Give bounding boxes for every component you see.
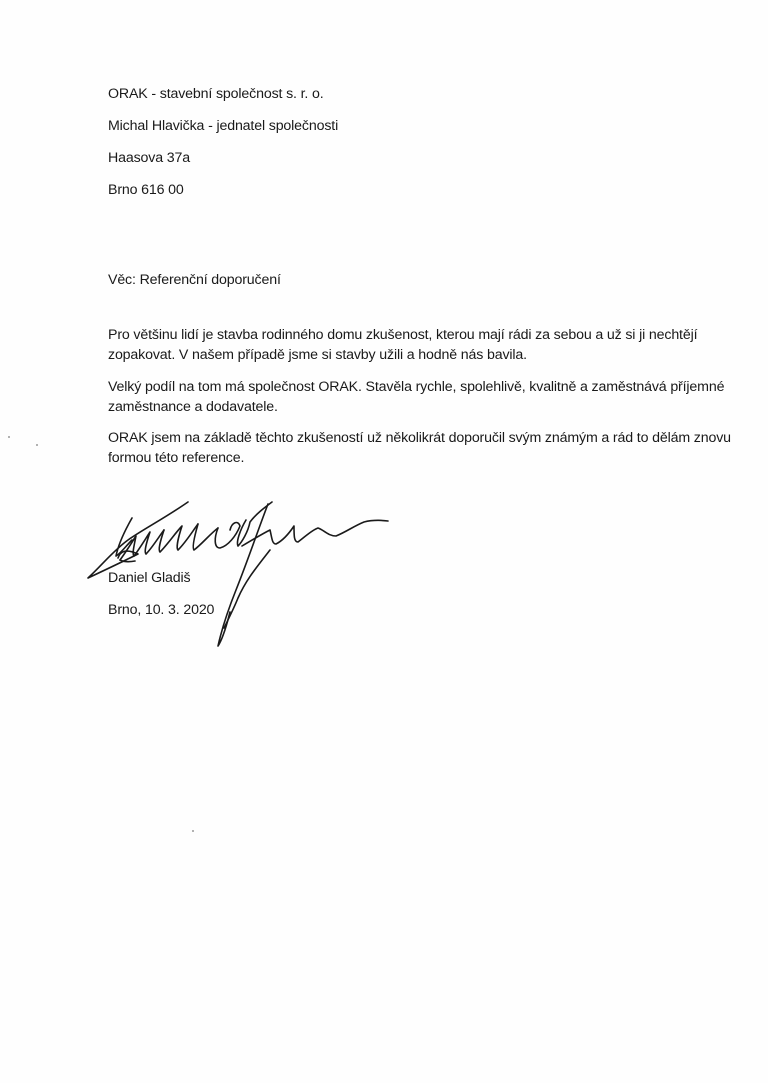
body-paragraph-2: Velký podíl na tom má společnost ORAK. S… xyxy=(108,378,728,417)
place-date: Brno, 10. 3. 2020 xyxy=(108,601,214,619)
body-paragraph-1: Pro většinu lidí je stavba rodinného dom… xyxy=(108,326,728,365)
recipient-contact: Michal Hlavička - jednatel společnosti xyxy=(108,117,338,135)
paragraph-line: Pro většinu lidí je stavba rodinného dom… xyxy=(108,326,728,346)
recipient-company: ORAK - stavební společnost s. r. o. xyxy=(108,85,324,103)
body-paragraph-3: ORAK jsem na základě těchto zkušeností u… xyxy=(108,429,728,468)
recipient-city: Brno 616 00 xyxy=(108,181,184,199)
paragraph-line: zopakovat. V našem případě jsme si stavb… xyxy=(108,346,728,366)
paragraph-line: zaměstnance a dodavatele. xyxy=(108,398,728,418)
scan-speck xyxy=(192,830,194,832)
letter-page: ORAK - stavební společnost s. r. o. Mich… xyxy=(0,0,768,1083)
paragraph-line: ORAK jsem na základě těchto zkušeností u… xyxy=(108,429,728,449)
signer-name: Daniel Gladiš xyxy=(108,569,190,587)
paragraph-line: Velký podíl na tom má společnost ORAK. S… xyxy=(108,378,728,398)
recipient-street: Haasova 37a xyxy=(108,149,190,167)
scan-speck xyxy=(36,444,38,446)
paragraph-line: formou této reference. xyxy=(108,449,728,469)
scan-speck xyxy=(8,436,10,438)
letter-subject: Věc: Referenční doporučení xyxy=(108,271,281,289)
